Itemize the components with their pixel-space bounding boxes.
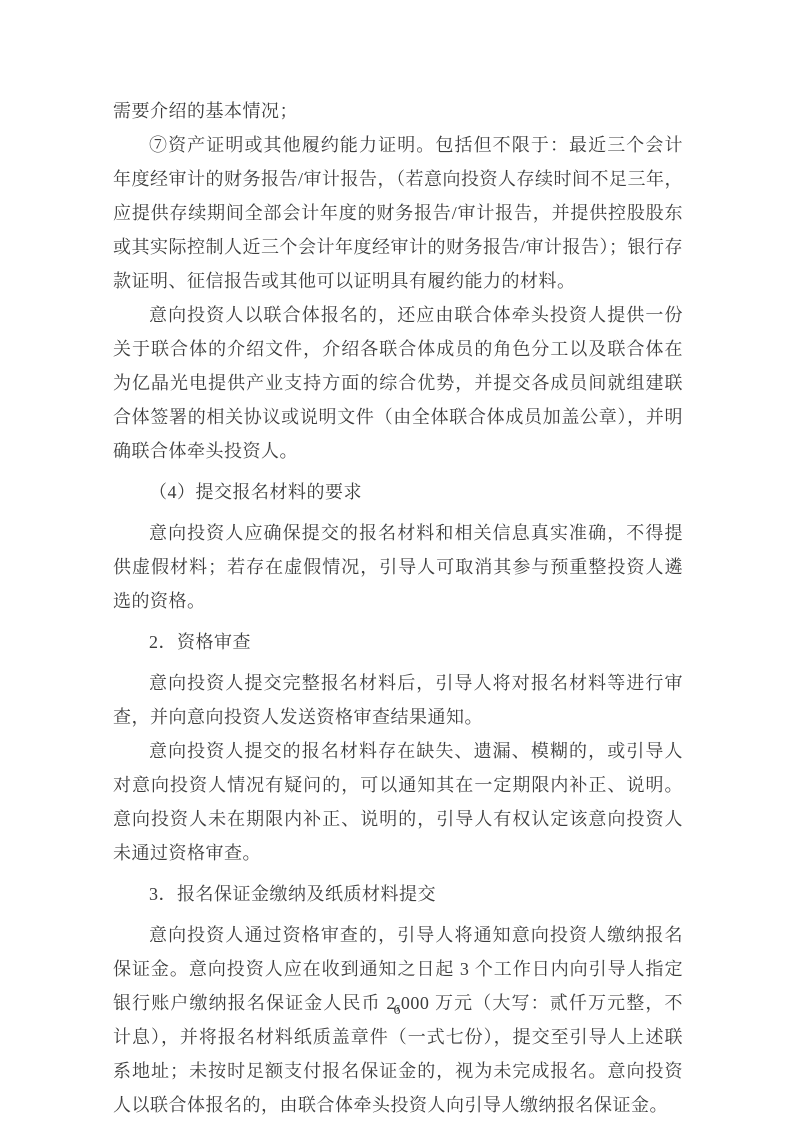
paragraph-review-notice: 意向投资人提交完整报名材料后，引导人将对报名材料等进行审查，并向意向投资人发送资… xyxy=(113,666,683,734)
section-heading-qualification-review: 2．资格审查 xyxy=(113,625,683,659)
document-page: 需要介绍的基本情况； ⑦资产证明或其他履约能力证明。包括但不限于：最近三个会计年… xyxy=(0,0,794,1123)
section-heading-deposit-and-paper-materials: 3．报名保证金缴纳及纸质材料提交 xyxy=(113,877,683,911)
document-body: 需要介绍的基本情况； ⑦资产证明或其他履约能力证明。包括但不限于：最近三个会计年… xyxy=(113,94,683,1122)
paragraph-continuation-line: 需要介绍的基本情况； xyxy=(113,94,683,128)
paragraph-missing-materials: 意向投资人提交的报名材料存在缺失、遗漏、模糊的，或引导人对意向投资人情况有疑问的… xyxy=(113,734,683,870)
paragraph-consortium-intro: 意向投资人以联合体报名的，还应由联合体牵头投资人提供一份关于联合体的介绍文件，介… xyxy=(113,298,683,468)
section-heading-submission-requirements: （4）提交报名材料的要求 xyxy=(113,475,683,509)
page-number: 6 xyxy=(0,1003,794,1019)
paragraph-deposit-payment: 意向投资人通过资格审查的，引导人将通知意向投资人缴纳报名保证金。意向投资人应在收… xyxy=(113,918,683,1122)
paragraph-authenticity-requirement: 意向投资人应确保提交的报名材料和相关信息真实准确，不得提供虚假材料；若存在虚假情… xyxy=(113,516,683,618)
paragraph-asset-proof: ⑦资产证明或其他履约能力证明。包括但不限于：最近三个会计年度经审计的财务报告/审… xyxy=(113,128,683,298)
